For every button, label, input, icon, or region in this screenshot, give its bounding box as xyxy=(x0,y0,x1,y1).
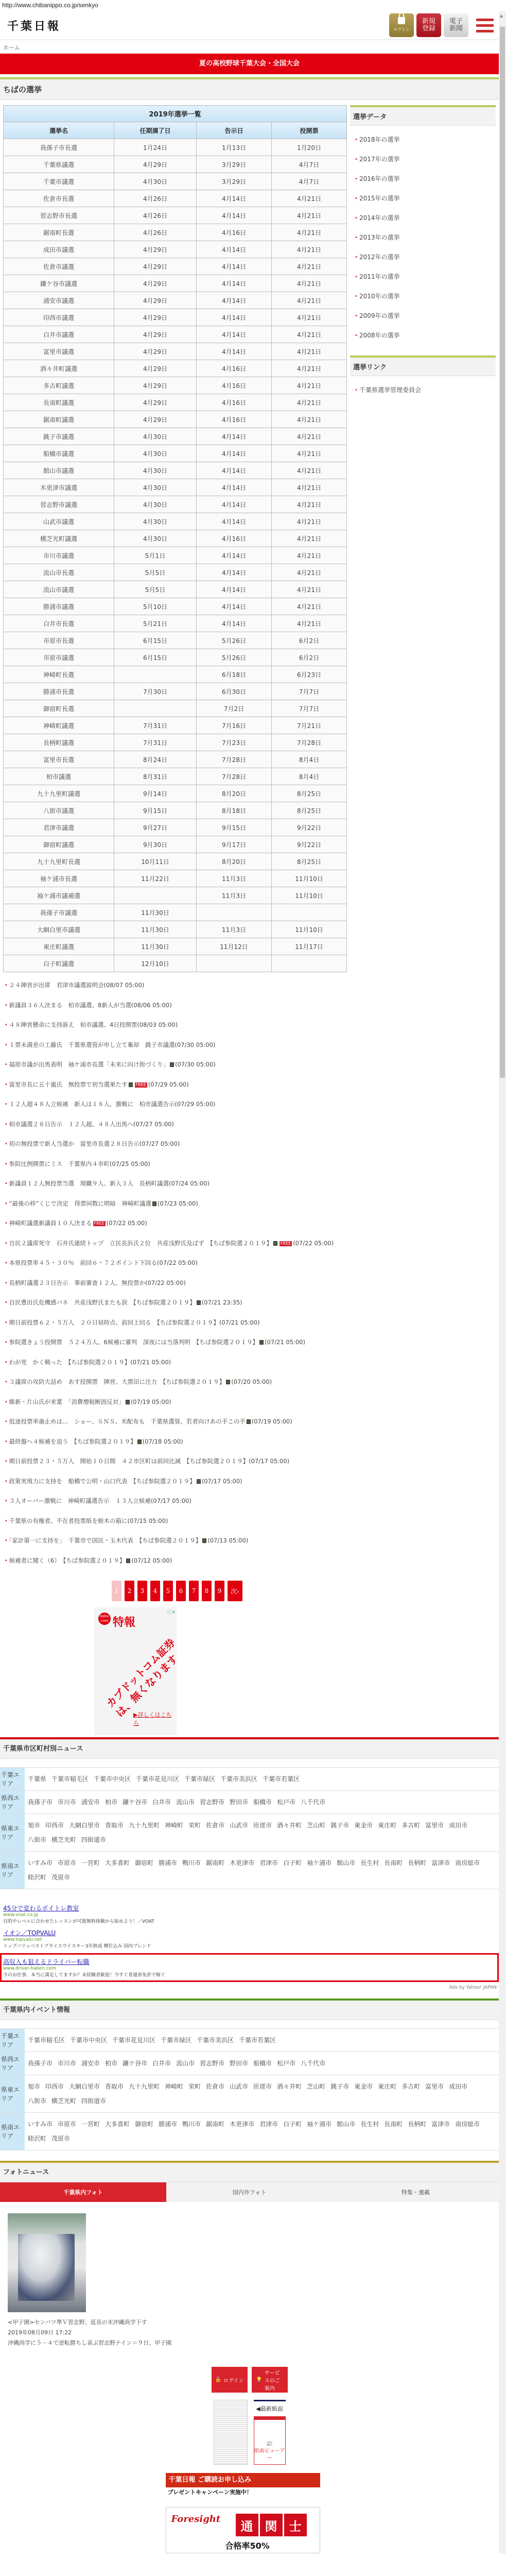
municipality-link[interactable]: 大網白里市 xyxy=(69,2083,100,2090)
table-row: 千葉県議選4月29日3月29日4月7日 xyxy=(4,156,347,173)
municipality-link[interactable]: 習志野市 xyxy=(200,1799,224,1806)
municipality-link[interactable]: 鋸南町 xyxy=(206,1859,224,1867)
municipality-link[interactable]: 一宮町 xyxy=(81,1859,100,1867)
news-time: (07/22 05:00) xyxy=(293,1240,334,1247)
municipality-link[interactable]: 山武市 xyxy=(230,2083,248,2090)
breadcrumb-home-link[interactable]: ホーム xyxy=(3,44,20,51)
news-item[interactable]: 候補者に聞く（6） 【ちば参院選２０１９】(07/12 05:00) xyxy=(3,1551,347,1571)
date-cell xyxy=(114,700,197,717)
news-title[interactable]: 初の無投票で新人当選か 富里市長選２８日告示 xyxy=(9,1140,139,1147)
municipality-link[interactable]: 君津市 xyxy=(259,2121,278,2128)
municipality-link[interactable]: 船橋市 xyxy=(253,1799,272,1806)
date-cell: 4月29日 xyxy=(114,343,197,360)
news-item[interactable]: 福原市議が出馬表明 袖ケ浦市長選「未来に向け街づくり」(07/30 05:00) xyxy=(3,1055,347,1075)
news-item[interactable]: 期日前投票２３・５万人 開始１０日間 ４２市区町は前回比減 【ちば参院選２０１９… xyxy=(3,1451,347,1471)
news-item[interactable]: ３議席の攻防大詰め あす投開票 陣営、大票田に注力 【ちば参院選２０１９】(07… xyxy=(3,1372,347,1392)
municipality-link[interactable]: 印西市 xyxy=(45,1822,64,1829)
date-cell: 9月15日 xyxy=(114,802,197,819)
municipality-link[interactable]: 木更津市 xyxy=(230,2121,254,2128)
municipality-link[interactable]: 栄町 xyxy=(188,1822,201,1829)
news-item[interactable]: 期日前投票６２・５万人 ２０日昼時点、前回上回る 【ちば参院選２０１９】(07/… xyxy=(3,1313,347,1333)
date-cell: 8月25日 xyxy=(272,802,347,819)
municipality-link[interactable]: 我孫子市 xyxy=(28,2060,53,2067)
news-item[interactable]: 「家計第一に支持を」 千葉市で国民・玉木代表 【ちば参院選２０１９】(07/13… xyxy=(3,1531,347,1551)
municipality-link[interactable]: 八街市 xyxy=(28,1836,46,1843)
municipality-link[interactable]: 館山市 xyxy=(337,1859,355,1867)
news-title[interactable]: 神崎町議選新議員１０人決まる xyxy=(9,1219,92,1227)
municipality-link[interactable]: 鋸南町 xyxy=(206,2121,224,2128)
news-item[interactable]: 初の無投票で新人当選か 富里市長選２８日告示(07/27 05:00) xyxy=(3,1134,347,1154)
municipality-link[interactable]: 白井市 xyxy=(152,1799,171,1806)
news-title[interactable]: 期日前投票６２・５万人 ２０日昼時点、前回上回る 【ちば参院選２０１９】 xyxy=(9,1319,219,1326)
municipality-link[interactable]: 成田市 xyxy=(449,1822,467,1829)
news-title[interactable]: ３人オーバー激戦に 神崎町議選告示 １３人立候補 xyxy=(9,1497,151,1504)
video-icon xyxy=(202,1538,206,1543)
municipality-link[interactable]: 多古町 xyxy=(402,2083,420,2090)
ad-title-link[interactable]: 45分で変わるボイトレ教室 xyxy=(3,1904,496,1912)
page-3-button[interactable]: 3 xyxy=(137,1581,147,1601)
news-title[interactable]: 候補者に聞く（6） 【ちば参院選２０１９】 xyxy=(9,1557,126,1564)
municipality-link[interactable]: 茂原市 xyxy=(51,1874,70,1881)
news-title[interactable]: 千葉県の有権者、不在者投票紙を栃木の箱に xyxy=(9,1517,128,1524)
municipality-link[interactable]: 袖ケ浦市 xyxy=(307,1859,331,1867)
municipality-link[interactable]: 酒々井町 xyxy=(277,1822,302,1829)
municipality-link[interactable]: 栄町 xyxy=(188,2083,201,2090)
municipality-link[interactable]: 千葉市稲毛区 xyxy=(28,2037,65,2044)
service-guide-button[interactable]: 💡サービスのご案内 xyxy=(252,2367,288,2393)
election-external-link[interactable]: 千葉県選挙管理委員会 xyxy=(353,380,496,400)
area-items: 千葉県千葉市稲毛区千葉市中央区千葉市花見川区千葉市緑区千葉市美浜区千葉市若葉区 xyxy=(25,1768,499,1790)
news-title[interactable]: １２人超４８人立候補 新人は１８人、激戦に 柏市議選告示 xyxy=(9,1100,175,1108)
news-title[interactable]: 柏市議選２８日告示 １２人超、４８人出馬へ xyxy=(9,1121,134,1128)
news-item[interactable]: １票未満差の工藤氏 千葉県選管が申し立て棄却 銚子市議選(07/30 05:00… xyxy=(3,1035,347,1055)
date-cell: 3月29日 xyxy=(197,173,272,190)
municipality-link[interactable]: 勝浦市 xyxy=(159,1859,177,1867)
election-name: 富里市議選 xyxy=(4,343,114,360)
municipality-link[interactable]: 成田市 xyxy=(449,2083,467,2090)
municipality-link[interactable]: 千葉市美浜区 xyxy=(197,2037,234,2044)
municipality-link[interactable]: 白子町 xyxy=(283,1859,302,1867)
municipality-link[interactable]: 大多喜町 xyxy=(105,2121,130,2128)
date-cell: 11月30日 xyxy=(114,904,197,921)
election-year-link[interactable]: 2011年の選挙 xyxy=(353,267,496,286)
municipality-link[interactable]: 千葉市中央区 xyxy=(70,2037,107,2044)
news-item[interactable]: 神崎町議選新議員１０人決まるFREE(07/22 05:00) xyxy=(3,1213,347,1233)
photo-tab[interactable]: 千葉県内フォト xyxy=(0,2182,166,2202)
ad-title-link[interactable]: 高収入も狙えるドライバー転職 xyxy=(3,1957,496,1966)
election-name: 木更津市議選 xyxy=(4,479,114,496)
municipality-link[interactable]: 千葉市花見川区 xyxy=(112,2037,155,2044)
date-cell: 4月29日 xyxy=(114,394,197,411)
municipality-link[interactable]: 八千代市 xyxy=(301,2060,325,2067)
municipality-link[interactable]: 長南町 xyxy=(384,2121,403,2128)
news-title[interactable]: “最後の枠”くじで決定 得票同数に明暗 神崎町議選 xyxy=(9,1200,151,1207)
municipality-link[interactable]: 芝山町 xyxy=(307,1822,325,1829)
text-ad[interactable]: イオン／TOPVALUwww.topvalu.netトップバリュベストプライスウ… xyxy=(3,1928,496,1949)
ad-info-close-icon[interactable]: ⓘ✕ xyxy=(167,1608,176,1615)
date-cell: 6月15日 xyxy=(114,649,197,666)
news-title[interactable]: 維新・片山氏が来葉 「消費増税断固反対」 xyxy=(9,1398,125,1405)
news-item[interactable]: わが党 かく戦った 【ちば参院選２０１９】(07/21 05:00) xyxy=(3,1352,347,1372)
date-cell: 7月31日 xyxy=(114,734,197,751)
municipality-link[interactable]: 神崎町 xyxy=(165,1822,183,1829)
municipality-link[interactable]: 大多喜町 xyxy=(105,1859,130,1867)
news-title[interactable]: ２４陣営が出席 君津市議選説明会 xyxy=(9,981,104,989)
date-cell: 6月23日 xyxy=(272,666,347,683)
municipality-link[interactable]: 松戸市 xyxy=(277,1799,295,1806)
news-item[interactable]: 新議員３６人決まる 柏市議選、8新人が当選(08/06 05:00) xyxy=(3,995,347,1015)
ad-url[interactable]: www.voat.co.jp xyxy=(3,1912,496,1918)
municipality-link[interactable]: 野田市 xyxy=(230,1799,248,1806)
news-title[interactable]: 新議員１２人無投票当選 現職９人、新人３人 長柄町議選 xyxy=(9,1180,169,1187)
municipality-link[interactable]: 一宮町 xyxy=(81,2121,100,2128)
date-cell: 4月21日 xyxy=(272,479,347,496)
page-7-button[interactable]: 7 xyxy=(189,1581,199,1601)
municipality-link[interactable]: 八千代市 xyxy=(301,1799,325,1806)
text-ad[interactable]: 45分で変わるボイトレ教室www.voat.co.jp目的やレベルに合わせたレッ… xyxy=(3,1904,496,1924)
municipality-link[interactable]: 君津市 xyxy=(259,1859,278,1867)
area-row: 県南エリアいすみ市市原市一宮町大多喜町御宿町勝浦市鴨川市鋸南町木更津市君津市白子… xyxy=(0,1852,499,1889)
municipality-link[interactable]: 九十九里町 xyxy=(129,1822,160,1829)
table-row: 市原市長選6月15日5月26日6月2日 xyxy=(4,632,347,649)
foresight-rate: 合格率50% xyxy=(225,2539,270,2551)
ad-url[interactable]: www.driver-haken.com xyxy=(3,1966,496,1971)
municipality-link[interactable]: 東庄町 xyxy=(378,1822,396,1829)
election-year-link[interactable]: 2018年の選挙 xyxy=(353,130,496,149)
municipality-link[interactable]: 銚子市 xyxy=(330,2083,349,2090)
municipality-link[interactable]: 千葉市若葉区 xyxy=(239,2037,276,2044)
election-year-link[interactable]: 2017年の選挙 xyxy=(353,149,496,169)
news-title[interactable]: 参院選きょう投開票 ５２４万人、6候補に審判 深夜には当落判明 【ちば参院選２０… xyxy=(9,1338,259,1346)
municipality-link[interactable]: 南房総市 xyxy=(455,2121,480,2128)
next-page-button[interactable]: 次› xyxy=(228,1581,242,1601)
election-year-link[interactable]: 2012年の選挙 xyxy=(353,247,496,267)
table-row: 柏市議選8月31日7月28日8月4日 xyxy=(4,768,347,785)
table-row: 東庄町議選11月30日11月12日11月17日 xyxy=(4,938,347,955)
municipality-link[interactable]: 柏市 xyxy=(105,1799,117,1806)
foresight-ad[interactable]: Foresight 通関士 合格率50% xyxy=(166,2507,320,2553)
kabucom-ad[interactable]: ⓘ✕ kabu com 特報 カブドットコム証券は、無くなります。 ▶詳しくはこ… xyxy=(94,1607,177,1735)
date-cell: 4月16日 xyxy=(197,224,272,241)
municipality-link[interactable]: 勝浦市 xyxy=(159,2121,177,2128)
municipality-link[interactable]: 白井市 xyxy=(152,2060,171,2067)
election-year-link[interactable]: 2015年の選挙 xyxy=(353,189,496,208)
ad-url[interactable]: www.topvalu.net xyxy=(3,1937,496,1942)
news-title[interactable]: ３議席の攻防大詰め あす投開票 陣営、大票田に注力 【ちば参院選２０１９】 xyxy=(9,1378,225,1385)
municipality-link[interactable]: 多古町 xyxy=(402,1822,420,1829)
municipality-link[interactable]: 長生村 xyxy=(360,1859,379,1867)
election-year-link[interactable]: 2016年の選挙 xyxy=(353,169,496,189)
municipality-link[interactable]: 南房総市 xyxy=(455,1859,480,1867)
municipality-link[interactable]: 市川市 xyxy=(58,2060,76,2067)
news-title[interactable]: 参院比例開票にミス 千葉県内４市町 xyxy=(9,1160,110,1167)
date-cell: 4月29日 xyxy=(114,411,197,428)
municipality-link[interactable]: 酒々井町 xyxy=(277,2083,302,2090)
page-4-button[interactable]: 4 xyxy=(150,1581,160,1601)
municipality-link[interactable]: 鴨川市 xyxy=(182,2121,201,2128)
header-login-button[interactable]: ログイン xyxy=(389,13,414,37)
municipality-link[interactable]: 睦沢町 xyxy=(28,2135,46,2142)
text-ad[interactable]: 高収入も狙えるドライバー転職www.driver-haken.com今のお仕事、… xyxy=(0,1953,499,1982)
municipality-link[interactable]: 市川市 xyxy=(58,1799,76,1806)
municipality-link[interactable]: 千葉市美浜区 xyxy=(220,1775,257,1783)
municipality-link[interactable]: 浦安市 xyxy=(81,1799,100,1806)
election-news-list: ２４陣営が出席 君津市議選説明会(08/07 05:00)新議員３６人決まる 柏… xyxy=(3,975,347,1570)
photo-headline[interactable]: <甲子園>センバツ準Ｖ習志野、延長の末沖縄尚学下す xyxy=(8,2317,491,2328)
page-1-button[interactable]: 1 xyxy=(112,1581,121,1601)
ad-description: トップバリュベストプライスウイスキー3年熟成 樽仕込み 国内ブレンド xyxy=(3,1942,496,1949)
municipality-link[interactable]: いすみ市 xyxy=(28,1859,53,1867)
municipality-link[interactable]: 千葉市中央区 xyxy=(94,1775,131,1783)
subscription-banner[interactable]: 千葉日報 ご購読お申し込み プレゼントキャンペーン実施中！ xyxy=(166,2473,320,2499)
municipality-link[interactable]: 富里市 xyxy=(425,2083,444,2090)
municipality-link[interactable]: 香取市 xyxy=(105,2083,124,2090)
municipality-link[interactable]: 館山市 xyxy=(337,2121,355,2128)
table-row: 我孫子市長選1月24日1月13日1月20日 xyxy=(4,139,347,156)
municipality-link[interactable]: 旭市 xyxy=(28,1822,40,1829)
area-label: 県南エリア xyxy=(0,2113,25,2150)
municipality-link[interactable]: 横芝光町 xyxy=(51,1836,76,1843)
municipality-link[interactable]: 富里市 xyxy=(425,1822,444,1829)
news-title[interactable]: 長柄町議選２３日告示 事前審査１２人、無投票か xyxy=(9,1279,146,1286)
news-item[interactable]: 長柄町議選２３日告示 事前審査１２人、無投票か(07/22 05:00) xyxy=(3,1273,347,1293)
news-item[interactable]: 維新・片山氏が来葉 「消費増税断固反対」(07/19 05:00) xyxy=(3,1392,347,1412)
header-epaper-button[interactable]: 電子新聞 xyxy=(444,13,468,37)
date-cell: 8月4日 xyxy=(272,751,347,768)
municipality-link[interactable]: 東金市 xyxy=(354,2083,373,2090)
municipality-link[interactable]: 長柄町 xyxy=(408,2121,426,2128)
area-items: 千葉市稲毛区千葉市中央区千葉市花見川区千葉市緑区千葉市美浜区千葉市若葉区 xyxy=(25,2029,499,2052)
news-item[interactable]: 自民豊田氏危機感バネ 共産浅野氏またも涙 【ちば参院選２０１９】(07/21 2… xyxy=(3,1293,347,1313)
paper-viewer-button[interactable]: 📰紙面ビューアー xyxy=(254,2416,286,2465)
news-item[interactable]: 本県投票率４５・３０％ 前回６・７２ポイント下回る(07/22 05:00) xyxy=(3,1253,347,1273)
date-cell: 4月14日 xyxy=(197,428,272,445)
municipality-link[interactable]: 鎌ケ谷市 xyxy=(123,2060,147,2067)
municipality-link[interactable]: 習志野市 xyxy=(200,2060,224,2067)
date-cell: 5月5日 xyxy=(114,564,197,581)
municipality-link[interactable]: 四街道市 xyxy=(81,2097,106,2105)
election-name: 千葉県議選 xyxy=(4,156,114,173)
municipality-link[interactable]: いすみ市 xyxy=(28,2121,53,2128)
page-scrollbar[interactable]: ▲ xyxy=(499,11,506,2553)
news-item[interactable]: 最終盤へ４候補を追う 【ちば参院選２０１９】(07/18 05:00) xyxy=(3,1432,347,1452)
election-year-link[interactable]: 2014年の選挙 xyxy=(353,208,496,228)
ad-more-link[interactable]: ▶詳しくはこちら xyxy=(133,1710,177,1727)
municipality-link[interactable]: 神崎町 xyxy=(165,2083,183,2090)
date-cell: 4月21日 xyxy=(272,360,347,377)
date-cell: 4月21日 xyxy=(272,224,347,241)
date-cell: 4月21日 xyxy=(272,530,347,547)
latest-newspaper-thumbnail[interactable] xyxy=(214,2400,248,2465)
news-item[interactable]: ２４陣営が出席 君津市議選説明会(08/07 05:00) xyxy=(3,975,347,995)
baseball-team-photo[interactable] xyxy=(8,2213,86,2312)
date-cell: 4月14日 xyxy=(197,564,272,581)
ad-kanji-tile: 関 xyxy=(260,2514,283,2536)
municipality-link[interactable]: 千葉市緑区 xyxy=(161,2037,191,2044)
page-8-button[interactable]: 8 xyxy=(202,1581,212,1601)
municipality-link[interactable]: 茂原市 xyxy=(51,2135,70,2142)
news-time: (07/21 05:00) xyxy=(130,1359,171,1366)
news-title[interactable]: 新議員３６人決まる 柏市議選、8新人が当選 xyxy=(9,1002,131,1009)
municipality-link[interactable]: 野田市 xyxy=(230,2060,248,2067)
municipality-link[interactable]: 鴨川市 xyxy=(182,1859,201,1867)
news-item[interactable]: 新議員１２人無投票当選 現職９人、新人３人 長柄町議選(07/24 05:00) xyxy=(3,1174,347,1194)
municipality-link[interactable]: 我孫子市 xyxy=(28,1799,53,1806)
news-item[interactable]: ３人オーバー激戦に 神崎町議選告示 １３人立候補(07/17 05:00) xyxy=(3,1491,347,1511)
municipality-link[interactable]: 千葉市若葉区 xyxy=(263,1775,300,1783)
page-2-button[interactable]: 2 xyxy=(125,1581,134,1601)
news-title[interactable]: わが党 かく戦った 【ちば参院選２０１９】 xyxy=(9,1359,131,1366)
service-login-button[interactable]: 🔓ログイン xyxy=(212,2367,248,2393)
news-title[interactable]: 低迷投票率歯止めは… ショー、ＳＮＳ、米配布も 千葉県選管、若者向けあの手この手 xyxy=(9,1418,246,1425)
news-time: (08/06 05:00) xyxy=(131,1002,172,1009)
election-name: 長柄町議選 xyxy=(4,734,114,751)
municipality-link[interactable]: 流山市 xyxy=(176,1799,195,1806)
site-logo[interactable]: 千葉日報 xyxy=(5,18,61,33)
date-cell: 4月14日 xyxy=(197,241,272,258)
municipality-link[interactable]: 東金市 xyxy=(354,1822,373,1829)
date-cell: 9月17日 xyxy=(197,836,272,853)
news-item[interactable]: 参院選きょう投開票 ５２４万人、6候補に審判 深夜には当落判明 【ちば参院選２０… xyxy=(3,1332,347,1352)
municipality-link[interactable]: 匝瑳市 xyxy=(253,2083,272,2090)
news-item[interactable]: 富里市長に五十嵐氏 無投票で初当選果たすFREE(07/29 05:00) xyxy=(3,1075,347,1095)
news-item[interactable]: 政策実現力に支持を 船橋で公明・山口代表 【ちば参院選２０１９】(07/17 0… xyxy=(3,1471,347,1492)
breadcrumb: ホーム xyxy=(0,40,499,54)
municipality-link[interactable]: 睦沢町 xyxy=(28,1874,46,1881)
municipality-link[interactable]: 流山市 xyxy=(176,2060,195,2067)
municipality-link[interactable]: 千葉市緑区 xyxy=(184,1775,215,1783)
municipality-link[interactable]: 東庄町 xyxy=(378,2083,396,2090)
municipality-link[interactable]: 鎌ケ谷市 xyxy=(123,1799,147,1806)
municipality-link[interactable]: 船橋市 xyxy=(253,2060,272,2067)
table-row: 木更津市議選4月30日4月14日4月21日 xyxy=(4,479,347,496)
municipality-link[interactable]: 袖ケ浦市 xyxy=(307,2121,331,2128)
municipality-link[interactable]: 千葉市花見川区 xyxy=(136,1775,179,1783)
municipality-link[interactable]: 富津市 xyxy=(431,2121,450,2128)
news-item[interactable]: 低迷投票率歯止めは… ショー、ＳＮＳ、米配布も 千葉県選管、若者向けあの手この手… xyxy=(3,1412,347,1432)
table-row: 君津市議選9月27日9月15日9月22日 xyxy=(4,819,347,836)
area-label: 県西エリア xyxy=(0,2052,25,2075)
table-row: 鎌ケ谷市議選4月29日4月14日4月21日 xyxy=(4,275,347,292)
election-year-link[interactable]: 2009年の選挙 xyxy=(353,306,496,326)
municipality-link[interactable]: 白子町 xyxy=(283,2121,302,2128)
municipality-link[interactable]: 八街市 xyxy=(28,2097,46,2105)
election-year-link[interactable]: 2013年の選挙 xyxy=(353,228,496,247)
news-item[interactable]: “最後の枠”くじで決定 得票同数に明暗 神崎町議選(07/23 05:00) xyxy=(3,1194,347,1214)
ads-attribution[interactable]: Ads by Yahoo! JAPAN xyxy=(0,1985,499,1996)
hamburger-menu-icon[interactable] xyxy=(476,19,494,32)
news-title[interactable]: １票未満差の工藤氏 千葉県選管が申し立て棄却 銚子市議選 xyxy=(9,1041,175,1048)
news-item[interactable]: １２人超４８人立候補 新人は１８人、激戦に 柏市議選告示(07/29 05:00… xyxy=(3,1094,347,1114)
municipality-link[interactable]: 四街道市 xyxy=(81,1836,106,1843)
election-year-link[interactable]: 2010年の選挙 xyxy=(353,286,496,306)
municipality-link[interactable]: 千葉市稲毛区 xyxy=(51,1775,89,1783)
table-row: 習志野市長選4月26日4月14日4月21日 xyxy=(4,207,347,224)
municipality-link[interactable]: 浦安市 xyxy=(81,2060,100,2067)
date-cell: 11月10日 xyxy=(272,870,347,887)
news-title[interactable]: ４８陣営懸命に支持訴え 柏市議選、4日投開票 xyxy=(9,1021,137,1028)
municipality-link[interactable]: 長南町 xyxy=(384,1859,403,1867)
election-name: 市川市議選 xyxy=(4,547,114,564)
news-title[interactable]: 「家計第一に支持を」 千葉市で国民・玉木代表 【ちば参院選２０１９】 xyxy=(9,1537,202,1544)
municipality-link[interactable]: 市原市 xyxy=(58,1859,76,1867)
date-cell xyxy=(197,904,272,921)
scroll-up-arrow-icon[interactable]: ▲ xyxy=(500,13,503,18)
news-title[interactable]: 本県投票率４５・３０％ 前回６・７２ポイント下回る xyxy=(9,1259,158,1266)
scrollbar-thumb[interactable] xyxy=(500,27,505,1078)
municipality-link[interactable]: 銚子市 xyxy=(330,1822,349,1829)
ad-title-link[interactable]: イオン／TOPVALU xyxy=(3,1928,496,1937)
municipality-link[interactable]: 長生村 xyxy=(360,2121,379,2128)
municipality-link[interactable]: 長柄町 xyxy=(408,1859,426,1867)
date-cell: 4月16日 xyxy=(197,394,272,411)
municipality-link[interactable]: 市原市 xyxy=(58,2121,76,2128)
news-time: (07/17 05:00) xyxy=(249,1458,289,1465)
date-cell: 8月18日 xyxy=(197,802,272,819)
municipality-link[interactable]: 九十九里町 xyxy=(129,2083,160,2090)
highschool-baseball-banner[interactable]: 夏の高校野球千葉大会・全国大会 xyxy=(0,54,499,74)
municipality-link[interactable]: 芝山町 xyxy=(307,2083,325,2090)
news-item[interactable]: 自民２議席死守 石井氏連続トップ 立民長浜氏２位 共産浅野氏及ばず 【ちば参院選… xyxy=(3,1233,347,1253)
header-register-button[interactable]: 新規登録 xyxy=(416,13,441,37)
municipality-link[interactable]: 旭市 xyxy=(28,2083,40,2090)
date-cell: 4月14日 xyxy=(197,615,272,632)
election-name: 袖ケ浦市長選 xyxy=(4,870,114,887)
news-title[interactable]: 政策実現力に支持を 船橋で公明・山口代表 【ちば参院選２０１９】 xyxy=(9,1478,196,1485)
news-title[interactable]: 富里市長に五十嵐氏 無投票で初当選果たす xyxy=(9,1081,128,1088)
page-9-button[interactable]: 9 xyxy=(215,1581,224,1601)
news-item[interactable]: 千葉県の有権者、不在者投票紙を栃木の箱に(07/15 05:00) xyxy=(3,1511,347,1531)
date-cell: 5月21日 xyxy=(114,615,197,632)
news-title[interactable]: 福原市議が出馬表明 袖ケ浦市長選「未来に向け街づくり」 xyxy=(9,1061,169,1068)
municipality-link[interactable]: 御宿町 xyxy=(135,1859,153,1867)
news-title[interactable]: 最終盤へ４候補を追う 【ちば参院選２０１９】 xyxy=(9,1438,136,1445)
news-item[interactable]: 参院比例開票にミス 千葉県内４市町(07/25 05:00) xyxy=(3,1154,347,1174)
municipality-link[interactable]: 佐倉市 xyxy=(206,1822,224,1829)
news-title[interactable]: 期日前投票２３・５万人 開始１０日間 ４２市区町は前回比減 【ちば参院選２０１９… xyxy=(9,1458,249,1465)
news-item[interactable]: ４８陣営懸命に支持訴え 柏市議選、4日投開票(08/03 05:00) xyxy=(3,1015,347,1035)
page-5-button[interactable]: 5 xyxy=(163,1581,173,1601)
municipality-link[interactable]: 山武市 xyxy=(230,1822,248,1829)
municipality-link[interactable]: 横芝光町 xyxy=(51,2097,76,2105)
municipality-link[interactable]: 大網白里市 xyxy=(69,1822,100,1829)
municipality-link[interactable]: 富津市 xyxy=(431,1859,450,1867)
photo-tab[interactable]: 特集・連載 xyxy=(333,2182,499,2202)
municipality-link[interactable]: 松戸市 xyxy=(277,2060,295,2067)
municipality-link[interactable]: 木更津市 xyxy=(230,1859,254,1867)
municipality-link[interactable]: 御宿町 xyxy=(135,2121,153,2128)
news-title[interactable]: 自民２議席死守 石井氏連続トップ 立民長浜氏２位 共産浅野氏及ばず 【ちば参院選… xyxy=(9,1240,272,1247)
photo-tab[interactable]: 国内外フォト xyxy=(166,2182,333,2202)
election-year-link[interactable]: 2008年の選挙 xyxy=(353,326,496,345)
news-title[interactable]: 自民豊田氏危機感バネ 共産浅野氏またも涙 【ちば参院選２０１９】 xyxy=(9,1299,196,1306)
table-row: 袖ケ浦市長選11月22日11月3日11月10日 xyxy=(4,870,347,887)
municipality-link[interactable]: 千葉県 xyxy=(28,1775,46,1783)
date-cell: 8月24日 xyxy=(114,751,197,768)
date-cell: 7月2日 xyxy=(197,700,272,717)
page-6-button[interactable]: 6 xyxy=(176,1581,186,1601)
election-name: 多古町議選 xyxy=(4,377,114,394)
browser-url[interactable]: http://www.chibanippo.co.jp/senkyo xyxy=(0,0,506,11)
news-time: (07/29 05:00) xyxy=(148,1081,189,1088)
date-cell: 4月16日 xyxy=(197,377,272,394)
municipality-link[interactable]: 佐倉市 xyxy=(206,2083,224,2090)
municipality-link[interactable]: 匝瑳市 xyxy=(253,1822,272,1829)
municipality-link[interactable]: 柏市 xyxy=(105,2060,117,2067)
municipality-link[interactable]: 香取市 xyxy=(105,1822,124,1829)
news-item[interactable]: 柏市議選２８日告示 １２人超、４８人出馬へ(07/27 05:00) xyxy=(3,1114,347,1134)
municipality-link[interactable]: 印西市 xyxy=(45,2083,64,2090)
